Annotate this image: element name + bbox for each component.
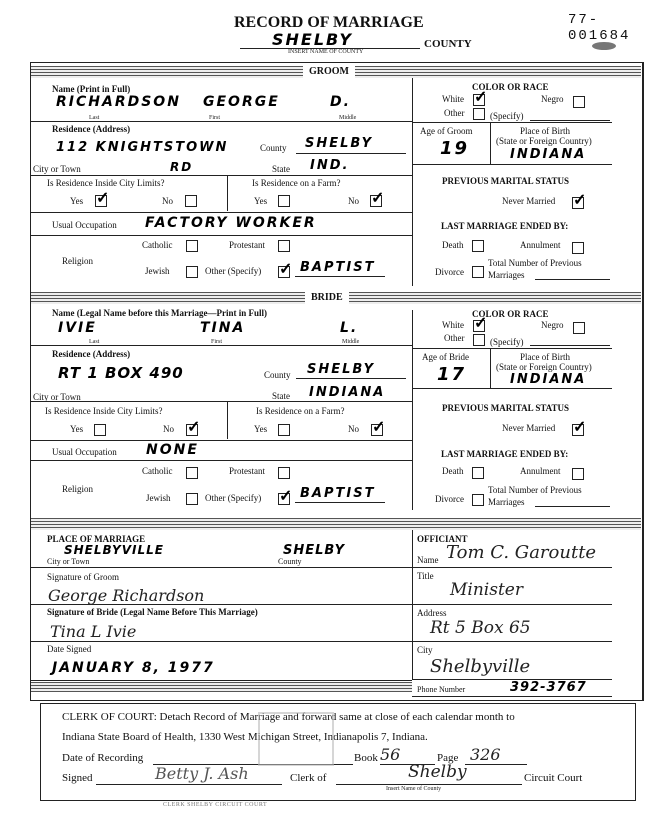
groom-death-checkbox[interactable] [472, 240, 484, 252]
groom-annulment-checkbox[interactable] [572, 242, 584, 254]
groom-last-name[interactable]: RICHARDSON [56, 94, 181, 110]
bride-signature[interactable]: Tina L Ivie [50, 622, 136, 641]
yes-label: Yes [254, 424, 267, 434]
marriages-label: Marriages [488, 270, 524, 280]
page-number[interactable]: 326 [470, 745, 501, 764]
bride-jewish-checkbox[interactable] [186, 493, 198, 505]
yes-label: Yes [70, 424, 83, 434]
annulment-label: Annulment [520, 466, 561, 476]
groom-state[interactable]: IND. [310, 158, 349, 173]
bride-farm-yes-checkbox[interactable] [278, 424, 290, 436]
clerk-of-label: Clerk of [290, 772, 326, 784]
protestant-label: Protestant [229, 240, 265, 250]
bride-age[interactable]: 17 [437, 364, 466, 385]
no-label: No [348, 196, 359, 206]
catholic-label: Catholic [142, 466, 173, 476]
groom-residence-label: Residence (Address) [52, 124, 130, 134]
bride-birth-label: Place of Birth [520, 352, 570, 362]
book-label: Book [354, 752, 378, 764]
specify-label: (Specify) [490, 111, 524, 121]
bride-county[interactable]: SHELBY [307, 362, 375, 377]
phone-label: Phone Number [417, 685, 465, 694]
bride-age-label: Age of Bride [422, 352, 469, 362]
marriage-city[interactable]: SHELBYVILLE [64, 543, 164, 557]
no-label: No [348, 424, 359, 434]
groom-section-label: GROOM [303, 66, 355, 78]
bride-farm-label: Is Residence on a Farm? [256, 406, 344, 416]
marriages-label: Marriages [488, 497, 524, 507]
total-prev-label: Total Number of Previous [488, 258, 582, 268]
bride-prev-status-label: PREVIOUS MARITAL STATUS [442, 403, 569, 413]
groom-county[interactable]: SHELBY [305, 136, 373, 151]
bride-religion-other[interactable]: BAPTIST [300, 486, 375, 501]
checkmark-icon: ✓ [279, 265, 292, 275]
checkmark-icon: ✓ [187, 423, 200, 433]
checkmark-icon: ✓ [474, 93, 487, 103]
other-race-label: Other [444, 333, 465, 343]
groom-city-limits-no-checkbox[interactable] [185, 195, 197, 207]
groom-address-line2[interactable]: RD [170, 160, 193, 174]
bride-address[interactable]: RT 1 BOX 490 [58, 364, 184, 382]
groom-farm-label: Is Residence on a Farm? [252, 178, 340, 188]
county-hint: INSERT NAME OF COUNTY [288, 49, 363, 55]
divorce-label: Divorce [435, 494, 464, 504]
checkmark-icon: ✓ [474, 319, 487, 329]
groom-age-label: Age of Groom [420, 126, 473, 136]
bride-signature-label: Signature of Bride (Legal Name Before Th… [47, 607, 258, 617]
date-signed[interactable]: JANUARY 8, 1977 [52, 660, 215, 676]
birth-hint: (State or Foreign Country) [496, 136, 592, 146]
clerk-stamp: CLERK SHELBY CIRCUIT COURT [163, 802, 267, 808]
bride-first-name[interactable]: TINA [200, 320, 245, 336]
checkmark-icon: ✓ [372, 423, 385, 433]
bride-city-limits-yes-checkbox[interactable] [94, 424, 106, 436]
groom-occupation[interactable]: FACTORY WORKER [145, 215, 317, 231]
white-label: White [442, 320, 464, 330]
groom-state-label: State [272, 164, 290, 174]
bride-residence-label: Residence (Address) [52, 349, 130, 359]
groom-county-label: County [260, 143, 287, 153]
never-married-label: Never Married [502, 423, 555, 433]
jewish-label: Jewish [146, 493, 171, 503]
groom-signature[interactable]: George Richardson [48, 586, 204, 605]
county-label: COUNTY [424, 38, 472, 50]
bride-death-checkbox[interactable] [472, 467, 484, 479]
bride-county-label: County [264, 370, 291, 380]
yes-label: Yes [70, 196, 83, 206]
groom-catholic-checkbox[interactable] [186, 240, 198, 252]
bride-birthplace[interactable]: INDIANA [510, 372, 586, 387]
bride-annulment-checkbox[interactable] [572, 468, 584, 480]
marriage-county[interactable]: SHELBY [283, 543, 345, 558]
white-label: White [442, 94, 464, 104]
groom-religion-label: Religion [62, 256, 93, 266]
groom-address[interactable]: 112 KNIGHTSTOWN [56, 140, 228, 155]
officiant-city[interactable]: Shelbyville [430, 656, 530, 677]
bride-state[interactable]: INDIANA [309, 385, 385, 400]
bride-section-label: BRIDE [305, 292, 349, 304]
checkmark-icon: ✓ [96, 194, 109, 204]
groom-other-race-checkbox[interactable] [473, 108, 485, 120]
groom-negro-checkbox[interactable] [573, 96, 585, 108]
groom-age[interactable]: 19 [440, 138, 469, 159]
bride-state-label: State [272, 391, 290, 401]
groom-divorce-checkbox[interactable] [472, 266, 484, 278]
jewish-label: Jewish [145, 266, 170, 276]
other-religion-label: Other (Specify) [205, 266, 261, 276]
groom-signature-label: Signature of Groom [47, 572, 119, 582]
checkmark-icon: ✓ [371, 194, 384, 204]
groom-religion-other[interactable]: BAPTIST [300, 260, 375, 275]
clerk-county[interactable]: Shelby [408, 762, 467, 782]
officiant-name[interactable]: Tom C. Garoutte [446, 542, 596, 563]
negro-label: Negro [541, 320, 564, 330]
recorded-stamp-icon [258, 712, 334, 766]
groom-farm-yes-checkbox[interactable] [278, 195, 290, 207]
yes-label: Yes [254, 196, 267, 206]
date-signed-label: Date Signed [47, 644, 91, 654]
groom-middle-name[interactable]: D. [330, 94, 351, 110]
clerk-instruction-2: Indiana State Board of Health, 1330 West… [62, 731, 428, 743]
groom-first-name[interactable]: GEORGE [203, 94, 280, 110]
death-label: Death [442, 466, 464, 476]
date-recording-label: Date of Recording [62, 752, 143, 764]
marriage-city-label: City or Town [47, 557, 89, 566]
groom-last-marriage-label: LAST MARRIAGE ENDED BY: [441, 221, 568, 231]
union-label-icon [592, 42, 616, 50]
book-number[interactable]: 56 [380, 745, 400, 764]
total-prev-label: Total Number of Previous [488, 485, 582, 495]
officiant-address-label: Address [417, 608, 447, 618]
officiant-title[interactable]: Minister [450, 580, 523, 600]
checkmark-icon: ✓ [573, 423, 586, 433]
groom-occupation-label: Usual Occupation [52, 220, 117, 230]
officiant-name-label: Name [417, 555, 439, 565]
bride-negro-checkbox[interactable] [573, 322, 585, 334]
death-label: Death [442, 240, 464, 250]
other-religion-label: Other (Specify) [205, 493, 261, 503]
checkmark-icon: ✓ [573, 196, 586, 206]
groom-birth-label: Place of Birth [520, 126, 570, 136]
bride-last-marriage-label: LAST MARRIAGE ENDED BY: [441, 449, 568, 459]
groom-protestant-checkbox[interactable] [278, 240, 290, 252]
officiant-title-label: Title [417, 571, 434, 581]
never-married-label: Never Married [502, 196, 555, 206]
checkmark-icon: ✓ [279, 492, 292, 502]
protestant-label: Protestant [229, 466, 265, 476]
officiant-address[interactable]: Rt 5 Box 65 [430, 618, 531, 638]
bride-protestant-checkbox[interactable] [278, 467, 290, 479]
no-label: No [162, 196, 173, 206]
groom-city-label: City or Town [33, 164, 81, 174]
groom-jewish-checkbox[interactable] [186, 266, 198, 278]
circuit-court-label: Circuit Court [524, 772, 582, 784]
bride-divorce-checkbox[interactable] [472, 494, 484, 506]
groom-birthplace[interactable]: INDIANA [510, 147, 586, 162]
bride-city-limits-label: Is Residence Inside City Limits? [45, 406, 162, 416]
divorce-label: Divorce [435, 267, 464, 277]
other-race-label: Other [444, 108, 465, 118]
clerk-signature[interactable]: Betty J. Ash [155, 764, 249, 783]
bride-occupation[interactable]: NONE [146, 442, 199, 458]
bride-middle-name[interactable]: L. [340, 320, 358, 336]
groom-prev-status-label: PREVIOUS MARITAL STATUS [442, 176, 569, 186]
catholic-label: Catholic [142, 240, 173, 250]
county-value: SHELBY [272, 30, 353, 49]
bride-other-race-checkbox[interactable] [473, 334, 485, 346]
record-number: 77-001684 [568, 12, 656, 44]
bride-occupation-label: Usual Occupation [52, 447, 117, 457]
specify-label: (Specify) [490, 337, 524, 347]
clerk-county-hint: Insert Name of County [386, 786, 441, 792]
bride-last-name[interactable]: IVIE [58, 320, 97, 336]
negro-label: Negro [541, 94, 564, 104]
officiant-city-label: City [417, 645, 433, 655]
no-label: No [163, 424, 174, 434]
signed-label: Signed [62, 772, 93, 784]
birth-hint: (State or Foreign Country) [496, 362, 592, 372]
groom-name-label: Name (Print in Full) [52, 84, 130, 94]
annulment-label: Annulment [520, 240, 561, 250]
officiant-phone[interactable]: 392-3767 [510, 680, 587, 695]
bride-religion-label: Religion [62, 484, 93, 494]
groom-city-limits-label: Is Residence Inside City Limits? [47, 178, 164, 188]
marriage-county-label: County [278, 557, 302, 566]
bride-name-label: Name (Legal Name before this Marriage—Pr… [52, 308, 267, 318]
bride-catholic-checkbox[interactable] [186, 467, 198, 479]
